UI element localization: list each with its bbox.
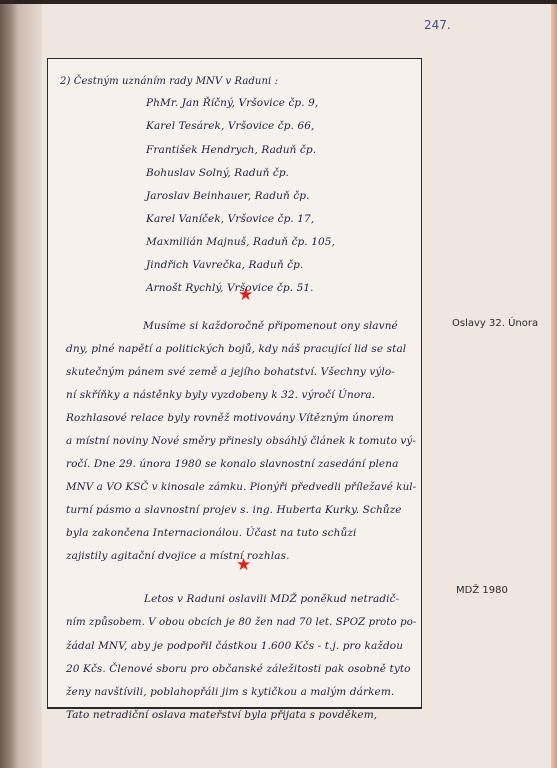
text-line: Letos v Raduni oslavili MDŽ poněkud netr… — [144, 593, 399, 605]
section-heading: 2) Čestným uznáním rady MNV v Raduni : — [60, 76, 278, 87]
list-item: Maxmilián Majnuš, Raduň čp. 105, — [146, 236, 335, 248]
text-line: ženy navštívili, poblahopřáli jim s kyti… — [66, 686, 394, 698]
book-binding — [0, 0, 18, 768]
page-edge — [551, 0, 557, 768]
text-line: MNV a VO KSČ v kinosale zámku. Pionýři p… — [66, 481, 416, 493]
text-line: dny, plné napětí a politických bojů, kdy… — [66, 343, 406, 355]
text-line: a místní noviny Nové směry přinesly obsá… — [66, 435, 416, 447]
red-star-icon: ★ — [236, 557, 251, 574]
list-item: Karel Vaníček, Vršovice čp. 17, — [146, 213, 314, 225]
text-line: Musíme si každoročně připomenout ony sla… — [143, 320, 398, 332]
text-line: žádal MNV, aby je podpořil částkou 1.600… — [66, 640, 403, 652]
list-item: Bohuslav Solný, Raduň čp. — [146, 167, 289, 179]
top-shadow — [0, 0, 557, 4]
text-line: skutečným pánem své země a jejího bohats… — [66, 366, 395, 378]
text-line: Rozhlasové relace byly rovněž motivovány… — [66, 412, 394, 424]
red-star-icon: ★ — [238, 287, 253, 304]
text-line: Tato netradiční oslava mateřství byla př… — [66, 709, 377, 721]
text-line: byla zakončena Internacionálou. Účast na… — [66, 527, 356, 539]
page-number: 247. — [424, 18, 451, 32]
list-item: Karel Tesárek, Vršovice čp. 66, — [146, 120, 314, 132]
text-line: turní pásmo a slavnostní projev s. ing. … — [66, 504, 402, 516]
list-item: František Hendrych, Raduň čp. — [146, 144, 316, 156]
list-item: Arnošt Rychlý, Vršovice čp. 51. — [146, 282, 314, 294]
margin-note-mdz: MDŽ 1980 — [456, 585, 508, 596]
list-item: PhMr. Jan Říčný, Vršovice čp. 9, — [146, 97, 318, 109]
text-line: 20 Kčs. Členové sboru pro občanské zálež… — [66, 663, 411, 675]
margin-note-february: Oslavy 32. Února — [452, 318, 538, 329]
page-gutter — [18, 0, 42, 768]
text-line: ním způsobem. V obou obcích je 80 žen na… — [66, 616, 416, 628]
list-item: Jindřich Vavrečka, Raduň čp. — [146, 259, 303, 271]
list-item: Jaroslav Beinhauer, Raduň čp. — [146, 190, 310, 202]
text-line: ní skříňky a nástěnky byly vyzdobeny k 3… — [66, 389, 375, 401]
text-line: ročí. Dne 29. února 1980 se konalo slavn… — [66, 458, 398, 470]
text-line: zajistily agitační dvojice a místní rozh… — [66, 550, 290, 562]
